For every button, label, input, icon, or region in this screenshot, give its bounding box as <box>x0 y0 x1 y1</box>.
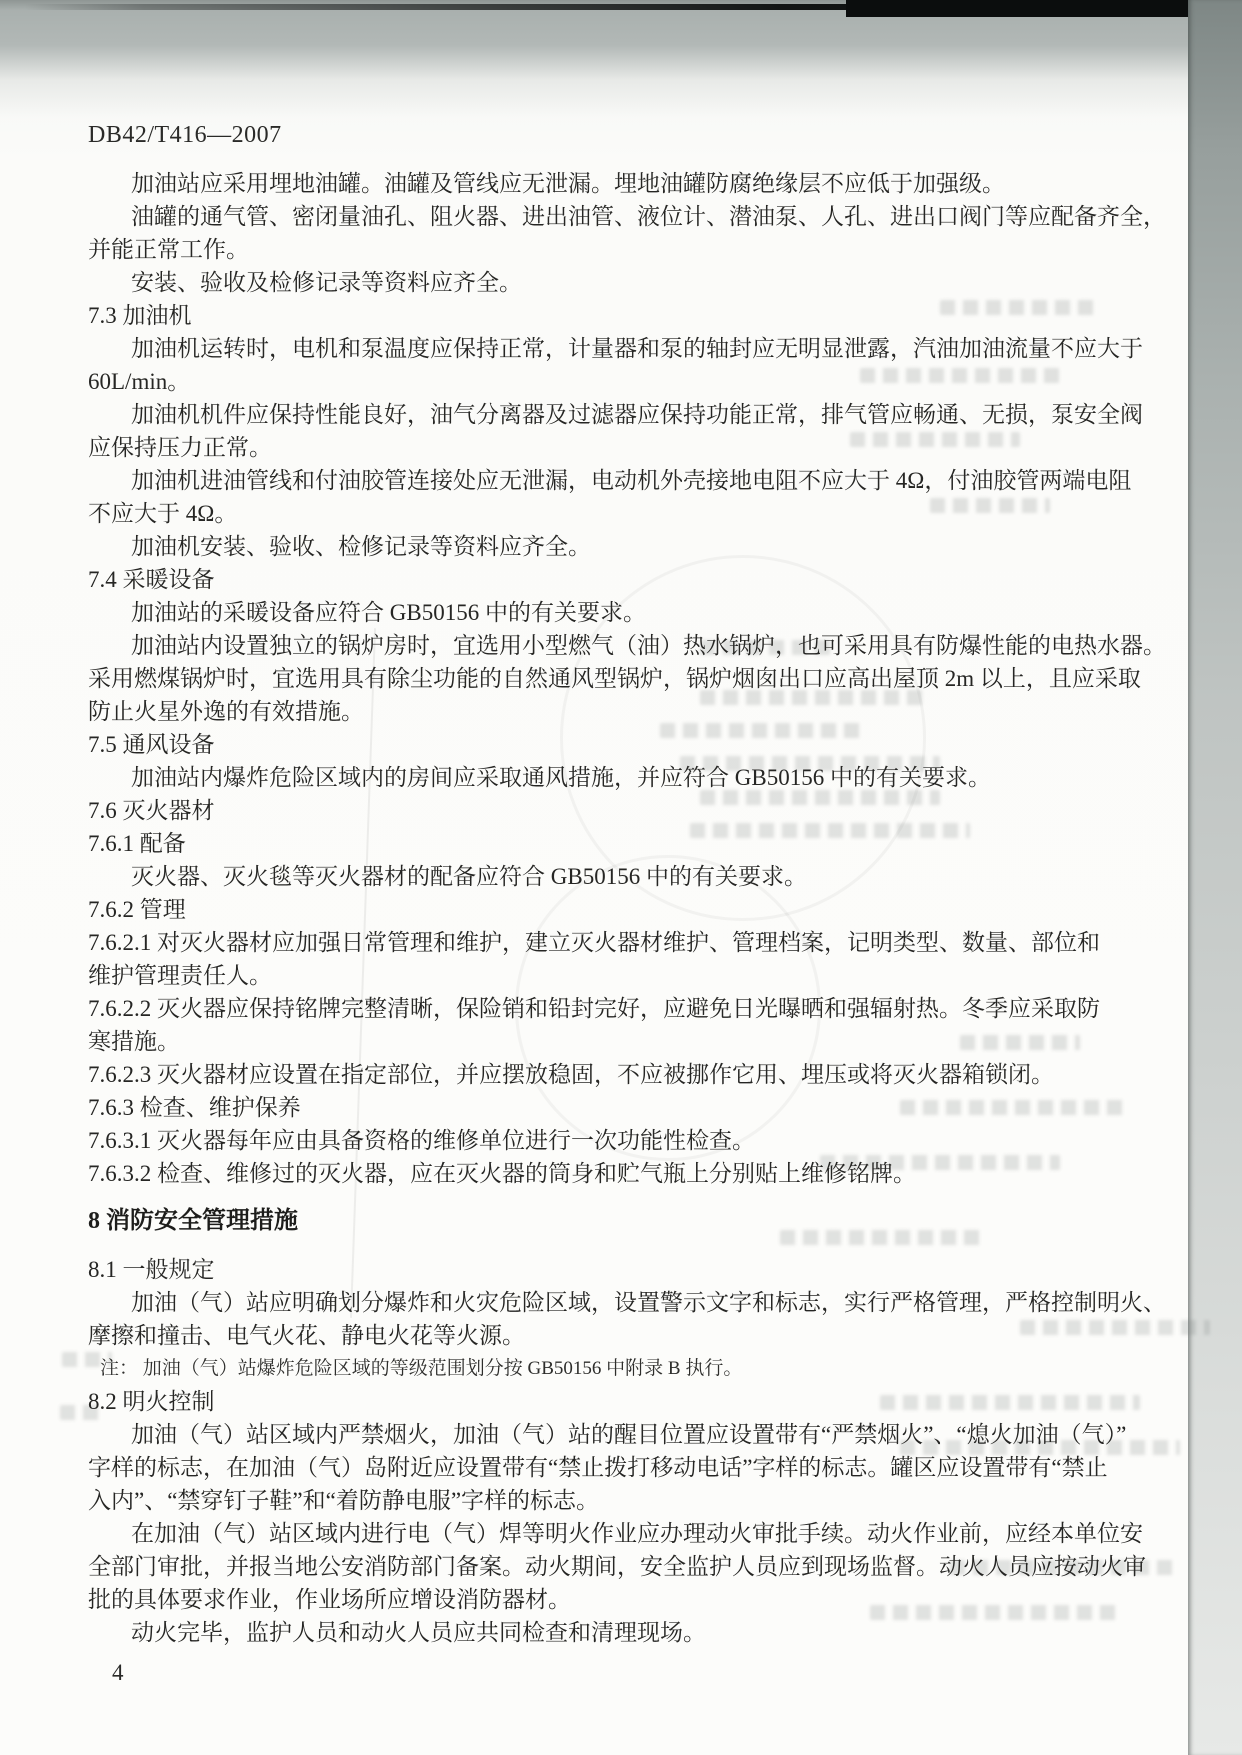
text-line: 加油机安装、验收、检修记录等资料应齐全。 <box>88 530 1144 563</box>
text-line: 动火完毕，监护人员和动火人员应共同检查和清理现场。 <box>88 1616 1144 1649</box>
text-line: 7.6.3.2 检查、维修过的灭火器，应在灭火器的筒身和贮气瓶上分别贴上维修铭牌… <box>88 1157 1144 1190</box>
scan-artifact-top-right-corner <box>846 0 1242 17</box>
text-line: 加油站内设置独立的锅炉房时，宜选用小型燃气（油）热水锅炉，也可采用具有防爆性能的… <box>88 629 1144 662</box>
text-line: 加油站应采用埋地油罐。油罐及管线应无泄漏。埋地油罐防腐绝缘层不应低于加强级。 <box>88 167 1144 200</box>
text-line: 在加油（气）站区域内进行电（气）焊等明火作业应办理动火审批手续。动火作业前，应经… <box>88 1517 1144 1550</box>
text-line: 8.2 明火控制 <box>88 1385 1144 1418</box>
scan-artifact-right-page-edge <box>1188 0 1242 1755</box>
scan-artifact-top-line <box>24 4 1242 10</box>
text-line: 并能正常工作。 <box>88 233 1144 266</box>
text-line: 油罐的通气管、密闭量油孔、阻火器、进出油管、液位计、潜油泵、人孔、进出口阀门等应… <box>88 200 1144 233</box>
text-line: 60L/min。 <box>88 365 1144 398</box>
text-line: 7.6 灭火器材 <box>88 794 1144 827</box>
standard-number: DB42/T416—2007 <box>88 122 282 149</box>
text-line: 注： 加油（气）站爆炸危险区域的等级范围划分按 GB50156 中附录 B 执行… <box>88 1352 1144 1385</box>
text-line: 加油机运转时，电机和泵温度应保持正常，计量器和泵的轴封应无明显泄露，汽油加油流量… <box>88 332 1144 365</box>
text-line: 7.6.2 管理 <box>88 893 1144 926</box>
text-line: 7.5 通风设备 <box>88 728 1144 761</box>
text-line: 8 消防安全管理措施 <box>88 1205 1144 1238</box>
text-line: 7.3 加油机 <box>88 299 1144 332</box>
text-line: 加油站的采暖设备应符合 GB50156 中的有关要求。 <box>88 596 1144 629</box>
text-line: 7.4 采暖设备 <box>88 563 1144 596</box>
text-line: 加油机进油管线和付油胶管连接处应无泄漏，电动机外壳接地电阻不应大于 4Ω，付油胶… <box>88 464 1144 497</box>
text-line: 寒措施。 <box>88 1025 1144 1058</box>
text-line: 7.6.2.1 对灭火器材应加强日常管理和维护，建立灭火器材维护、管理档案，记明… <box>88 926 1144 959</box>
text-line: 批的具体要求作业，作业场所应增设消防器材。 <box>88 1583 1144 1616</box>
text-line: 加油（气）站区域内严禁烟火，加油（气）站的醒目位置应设置带有“严禁烟火”、“熄火… <box>88 1418 1144 1451</box>
scan-artifact-top-band <box>0 0 1242 120</box>
text-line: 安装、验收及检修记录等资料应齐全。 <box>88 266 1144 299</box>
text-line: 7.6.3.1 灭火器每年应由具备资格的维修单位进行一次功能性检查。 <box>88 1124 1144 1157</box>
text-line: 7.6.1 配备 <box>88 827 1144 860</box>
document-page: DB42/T416—2007 加油站应采用埋地油罐。油罐及管线应无泄漏。埋地油罐… <box>0 0 1242 1755</box>
page-number: 4 <box>112 1660 124 1686</box>
text-line: 防止火星外逸的有效措施。 <box>88 695 1144 728</box>
text-line: 不应大于 4Ω。 <box>88 497 1144 530</box>
text-line: 字样的标志，在加油（气）岛附近应设置带有“禁止拨打移动电话”字样的标志。罐区应设… <box>88 1451 1144 1484</box>
text-line: 维护管理责任人。 <box>88 959 1144 992</box>
text-line: 7.6.2.3 灭火器材应设置在指定部位，并应摆放稳固，不应被挪作它用、埋压或将… <box>88 1058 1144 1091</box>
text-line: 采用燃煤锅炉时，宜选用具有除尘功能的自然通风型锅炉，锅炉烟囱出口应高出屋顶 2m… <box>88 662 1144 695</box>
text-line: 加油（气）站应明确划分爆炸和火灾危险区域，设置警示文字和标志，实行严格管理，严格… <box>88 1286 1144 1319</box>
text-line: 灭火器、灭火毯等灭火器材的配备应符合 GB50156 中的有关要求。 <box>88 860 1144 893</box>
text-line: 8.1 一般规定 <box>88 1253 1144 1286</box>
text-line: 7.6.2.2 灭火器应保持铭牌完整清晰，保险销和铅封完好，应避免日光曝晒和强辐… <box>88 992 1144 1025</box>
text-line: 入内”、“禁穿钉子鞋”和“着防静电服”字样的标志。 <box>88 1484 1144 1517</box>
text-line: 应保持压力正常。 <box>88 431 1144 464</box>
text-line: 加油机机件应保持性能良好，油气分离器及过滤器应保持功能正常，排气管应畅通、无损，… <box>88 398 1144 431</box>
text-line: 加油站内爆炸危险区域内的房间应采取通风措施，并应符合 GB50156 中的有关要… <box>88 761 1144 794</box>
text-body: 加油站应采用埋地油罐。油罐及管线应无泄漏。埋地油罐防腐绝缘层不应低于加强级。油罐… <box>88 167 1144 1649</box>
text-line: 摩擦和撞击、电气火花、静电火花等火源。 <box>88 1319 1144 1352</box>
text-line: 7.6.3 检查、维护保养 <box>88 1091 1144 1124</box>
text-line: 全部门审批，并报当地公安消防部门备案。动火期间，安全监护人员应到现场监督。动火人… <box>88 1550 1144 1583</box>
